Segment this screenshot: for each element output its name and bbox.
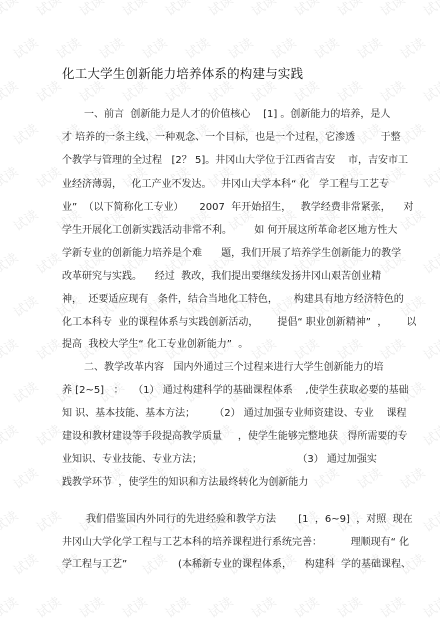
- text-line: 提高 我校大学生“ 化工专业创新能力” 。: [62, 339, 382, 351]
- text-line: 改革研究与实践。 经过 教改，我们提出要继续发扬井冈山艰苦创业精: [62, 271, 382, 283]
- text-line: 养 [2~5] ： （1） 通过构建科学的基础课程体系 ,使学生获取必要的基础: [62, 385, 382, 397]
- text-line: 井冈山大学化学工程与工艺本科的培养课程进行系统完善： 理顺现有“ 化: [62, 537, 382, 549]
- text-line: 学工程与工艺” (本稀新专业的课程体系， 构建科 学的基础课程、: [62, 559, 382, 571]
- text-line: 一、前言 创新能力是人才的价值核心 [1] 。创新能力的培养，是人: [84, 109, 404, 121]
- text-line: 业” （以下简称化工专业） 2007 年开始招生， 教学经费非常紧张， 对: [62, 202, 382, 214]
- text-line: 学新专业的创新能力培养是个难 题，我们开展了培养学生创新能力的教学: [62, 248, 382, 260]
- document-page: 化工大学生创新能力培养体系的构建与实践 一、前言 创新能力是人才的价值核心 [1…: [0, 0, 440, 620]
- text-line: 神， 还要适应现有 条件，结合当地化工特色， 构建具有地方经济特色的: [62, 294, 382, 306]
- text-line: 业知识、专业技能、专业方法； （3） 通过加强实: [62, 454, 382, 466]
- text-line: 我们借鉴国内外同行的先进经验和教学方法 [1 ，6~9] ，对照 现在: [86, 514, 406, 526]
- text-line: 化工本科专 业的课程体系与实践创新活动， 提倡“ 职业创新精神” ， 以: [62, 317, 382, 329]
- document-title: 化工大学生创新能力培养体系的构建与实践: [62, 64, 303, 82]
- text-line: 知 识、基本技能、基本方法； （2） 通过加强专业师资建设、专业 课程: [62, 408, 382, 420]
- text-line: 学生开展化工创新实践活动非常不利。 如 何开展这所革命老区地方性大: [62, 225, 382, 237]
- text-line: 践教学环节 ，使学生的知识和方法最终转化为创新能力: [62, 477, 382, 489]
- text-line: 建设和教材建设等手段提高教学质量 ，使学生能够完整地获 得所需要的专: [62, 431, 382, 443]
- text-line: 个教学与管理的全过程 [2？ 5]。井冈山大学位于江西省吉安 市，吉安市工: [62, 155, 382, 167]
- text-line: 才 培养的一条主线、一种观念、一个目标，也是一个过程，它渗透 于整: [62, 132, 382, 144]
- text-line: 二、教学改革内容 国内外通过三个过程来进行大学生创新能力的培: [84, 362, 404, 374]
- text-line: 业经济薄弱， 化工产业不发达。 井冈山大学本科“ 化 学工程与工艺专: [62, 179, 382, 191]
